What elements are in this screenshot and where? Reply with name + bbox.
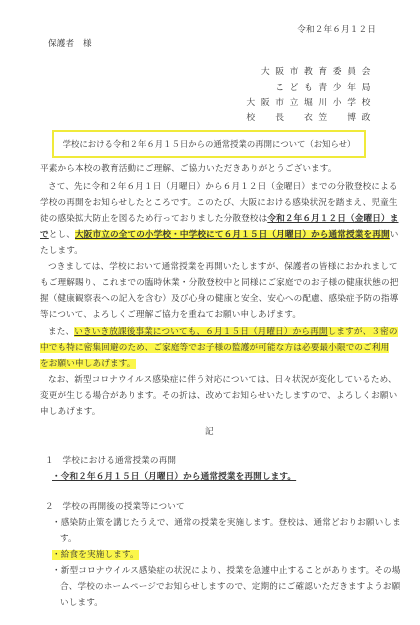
bullet-item: ・令和２年６月１５日（月曜日）から通常授業を再開します。 <box>52 472 296 483</box>
text: とし、 <box>49 230 75 240</box>
paragraph-line: 申しあげます。 <box>40 407 385 418</box>
paragraph-line: 変更が生じる場合があります。その折は、改めてお知らせいたしますので、よろしくお願… <box>40 391 385 402</box>
text: また、 <box>48 327 74 337</box>
paragraph-line: 中でも特に密集回避のため、ご家庭等でお子様の監護が可能な方は必要最小限でのご利用 <box>40 343 385 354</box>
paragraph-line: たします。 <box>40 246 385 257</box>
bold-underlined-text: で <box>40 230 49 240</box>
section-heading: ２ 学校の再開後の授業等について <box>45 502 185 513</box>
document-date: 令和２年６月１２日 <box>297 25 376 36</box>
sender-line: 大阪市立堀川小学校 <box>246 98 376 109</box>
text: 徒の感染拡大防止を図るため行っておりました分散登校は <box>40 214 267 224</box>
highlighted-text: をお願い申しあげます。 <box>40 359 136 369</box>
highlighted-text: 中でも特に密集回避のため、ご家庭等でお子様の監護が可能な方は必要最小限でのご利用 <box>40 343 389 353</box>
paragraph-line: つきましては、学校において通常授業を再開いたしますが、保護者の皆様におかれまして <box>48 262 393 273</box>
sender-line: こども青少年局 <box>275 83 376 94</box>
text: い <box>390 230 399 240</box>
highlighted-text: 大阪市立の全ての小学校・中学校にて６月１５日（月曜日）から通常授業を再開 <box>75 230 390 240</box>
paragraph-line: さて、先に令和２年６月１日（月曜日）から６月１２日（金曜日）までの分散登校による <box>48 182 393 193</box>
bold-underlined-text: 令和２年６月１２日（金曜日）ま <box>267 214 398 224</box>
addressee: 保護者 様 <box>48 39 92 50</box>
highlighted-text: しますが、３密の <box>328 327 398 337</box>
bullet-continuation: す。 <box>60 534 77 545</box>
paragraph-line: でとし、大阪市立の全ての小学校・中学校にて６月１５日（月曜日）から通常授業を再開… <box>40 230 385 241</box>
title-box: 学校における令和２年６月１５日からの通常授業の再開について（お知らせ） <box>52 130 366 158</box>
paragraph-line: 学校の再開をお知らせしたところです。このたび、大阪における感染状況を踏まえ、児童… <box>40 198 385 209</box>
bullet-item: ・新型コロナウイルス感染症の状況により、授業を急遽中止することがあります。その場 <box>52 566 401 577</box>
bullet-continuation: 合、学校のホームページでお知らせしますので、定期的にご確認いただきますようお願 <box>60 582 400 593</box>
bullet-item: ・給食を実施します。 <box>52 550 139 561</box>
ki-heading: 記 <box>205 427 214 438</box>
section-heading: １ 学校における通常授業の再開 <box>45 456 176 467</box>
bullet-continuation: いします。 <box>60 598 103 609</box>
paragraph-line: 徒の感染拡大防止を図るため行っておりました分散登校は令和２年６月１２日（金曜日）… <box>40 214 385 225</box>
paragraph-line: 等について、よろしくご理解ご協力を重ねてお願い申しあげます。 <box>40 310 385 321</box>
highlighted-text: ・給食を実施します。 <box>52 550 139 560</box>
highlighted-underlined-text: いきいき放課後事業についても、６月１５日（月曜日）から再開 <box>74 327 327 337</box>
paragraph-line: なお、新型コロナウイルス感染症に伴う対応については、日々状況が変化しているため、 <box>48 375 393 386</box>
paragraph-line: 握（健康観察表への記入を含む）及び心身の健康と安全、安心への配慮、感染症予防の指… <box>40 294 385 305</box>
document-page: 令和２年６月１２日 保護者 様 大阪市教育委員会 こども青少年局 大阪市立堀川小… <box>0 0 420 625</box>
sender-line: 大阪市教育委員会 <box>261 67 376 78</box>
paragraph-line: もご理解賜り、これまでの臨時休業・分散登校中と同様にご家庭でのお子様の健康状態の… <box>40 278 385 289</box>
greeting: 平素から本校の教育活動にご理解、ご協力いただきありがとうございます。 <box>40 164 385 175</box>
sender-line: 校 長 衣笠 博政 <box>246 113 376 124</box>
paragraph-line: をお願い申しあげます。 <box>40 359 385 370</box>
document-title: 学校における令和２年６月１５日からの通常授業の再開について（お知らせ） <box>54 139 364 150</box>
bullet-item: ・感染防止策を講じたうえで、通常の授業を実施します。登校は、通常どおりお願いしま <box>52 518 401 529</box>
paragraph-line: また、いきいき放課後事業についても、６月１５日（月曜日）から再開しますが、３密の <box>48 327 393 338</box>
